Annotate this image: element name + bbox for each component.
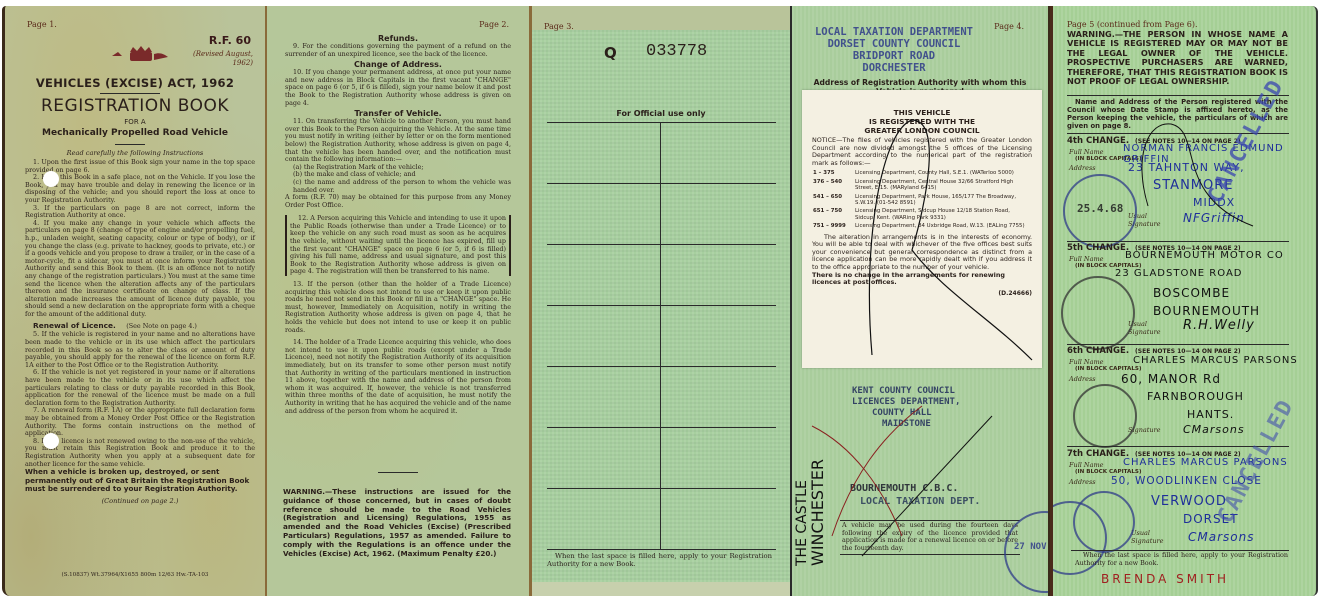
surrender-note: When a vehicle is broken up, destroyed, … bbox=[25, 468, 255, 493]
page3-footer: When the last space is filled here, appl… bbox=[547, 552, 772, 568]
page-5: Page 5 (continued from Page 6). WARNING.… bbox=[1050, 6, 1318, 596]
page-number: Page 3. bbox=[544, 22, 574, 31]
printer-line: (S.10837) Wt.37964/X1655 800m 12/63 Hw.-… bbox=[5, 572, 265, 578]
punch-hole bbox=[43, 171, 59, 187]
page-1: Page 1. R.F. 60 (Revised August, 1962) V… bbox=[2, 6, 265, 596]
book-title: REGISTRATION BOOK bbox=[11, 96, 259, 116]
transfer-form: A form (R.F. 70) may be obtained for thi… bbox=[285, 194, 511, 209]
instructions-1: 1. Upon the first issue of this Book sig… bbox=[25, 159, 255, 505]
official-use-label: For Official use only bbox=[532, 109, 790, 118]
item-13: 13. If the person (other than the holder… bbox=[285, 281, 511, 334]
continued-note: (Continued on page 2.) bbox=[25, 497, 255, 505]
dorset-stamp: LOCAL TAXATION DEPARTMENT DORSET COUNTY … bbox=[804, 26, 984, 74]
instruction: 8. If the licence is not renewed owing t… bbox=[25, 438, 255, 468]
item-14: 14. The holder of a Trade Licence acquir… bbox=[285, 339, 511, 415]
for-a: FOR A bbox=[5, 118, 265, 126]
punch-hole bbox=[43, 433, 59, 449]
refunds-text: 9. For the conditions governing the paym… bbox=[285, 43, 511, 58]
subtitle: Mechanically Propelled Road Vehicle bbox=[5, 128, 265, 138]
read-carefully: Read carefully the following Instruction… bbox=[5, 149, 265, 157]
instruction: 4. If you make any change in your vehicl… bbox=[25, 220, 255, 319]
instruction: 7. A renewal form (R.F. 1A) or the appro… bbox=[25, 407, 255, 437]
serial-number: 033778 bbox=[646, 42, 707, 61]
cross-out-mark bbox=[802, 90, 1042, 368]
crown-icon bbox=[110, 46, 170, 62]
gl-notice-slip: THIS VEHICLE IS REGISTERED WITH THE GREA… bbox=[802, 90, 1042, 368]
page-2: Page 2. Refunds. 9. For the conditions g… bbox=[265, 6, 529, 596]
warning-text: WARNING.—These instructions are issued f… bbox=[283, 488, 511, 558]
instruction: 1. Upon the first issue of this Book sig… bbox=[25, 159, 255, 174]
page-number: Page 2. bbox=[479, 20, 509, 29]
item-12: 12. A Person acquiring this Vehicle and … bbox=[285, 215, 511, 276]
form-code: R.F. 60 bbox=[209, 34, 251, 47]
instruction: 3. If the particulars on page 8 are not … bbox=[25, 205, 255, 220]
address-text: 10. If you change your permanent address… bbox=[285, 69, 511, 107]
page-3: Page 3. Q 033778 For Official use only W… bbox=[529, 6, 792, 596]
renewal-heading: Renewal of Licence. bbox=[33, 321, 116, 330]
transfer-item: (c) the name and address of the person t… bbox=[293, 179, 511, 194]
transfer-text: 11. On transferring the Vehicle to anoth… bbox=[285, 118, 511, 164]
page-number: Page 1. bbox=[27, 20, 57, 29]
circle-stamp-date: 27 NOV bbox=[1014, 542, 1047, 552]
renewal-note: (See Note on page 4.) bbox=[126, 322, 197, 330]
instruction: 2. Keep this Book in a safe place, not o… bbox=[25, 174, 255, 204]
revision-note: (Revised August, 1962) bbox=[193, 50, 253, 68]
page-number: Page 4. bbox=[994, 22, 1024, 31]
instruction: 6. If the vehicle is not yet registered … bbox=[25, 369, 255, 407]
page-4: Page 4. LOCAL TAXATION DEPARTMENT DORSET… bbox=[792, 6, 1050, 596]
loop-mark bbox=[1053, 6, 1318, 596]
act-title: VEHICLES (EXCISE) ACT, 1962 bbox=[15, 76, 255, 90]
serial-prefix: Q bbox=[604, 44, 617, 62]
instruction: 5. If the vehicle is registered in your … bbox=[25, 331, 255, 369]
